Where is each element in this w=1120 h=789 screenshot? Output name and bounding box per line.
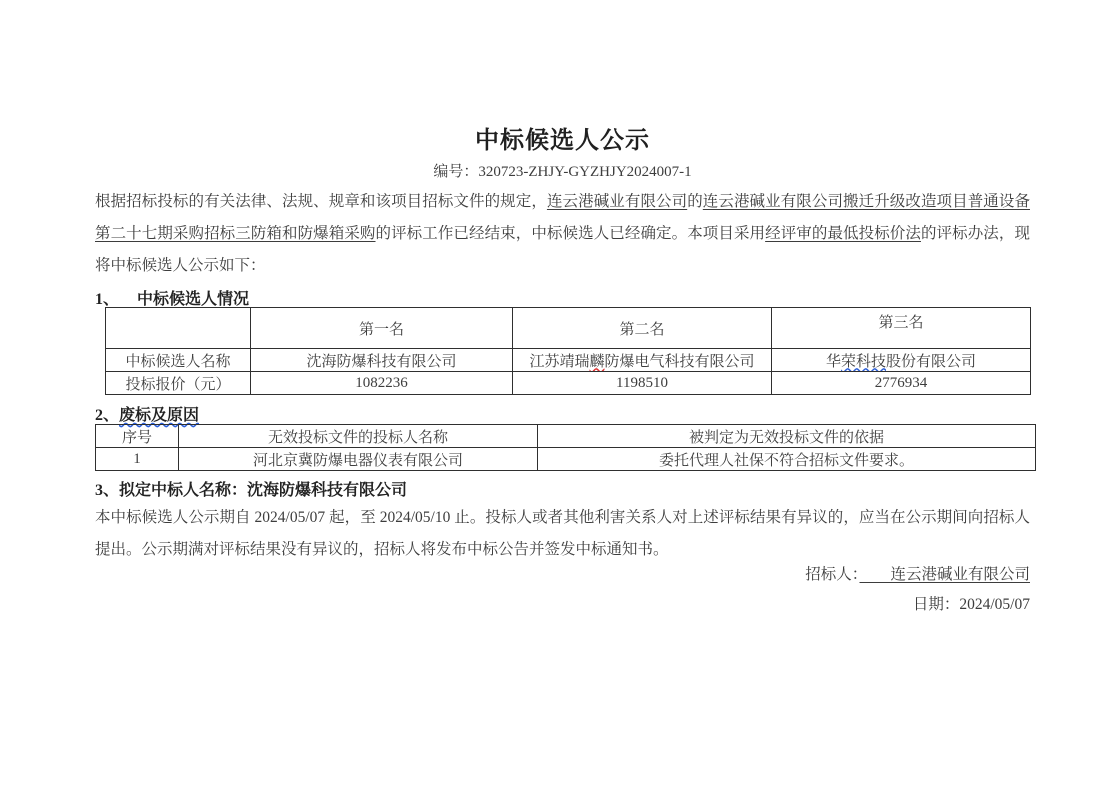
candidate-second-name: 江苏靖瑞麟防爆电气科技有限公司: [513, 349, 772, 372]
rejected-bids-table: 序号 无效投标文件的投标人名称 被判定为无效投标文件的依据 1 河北京冀防爆电器…: [95, 424, 1036, 471]
section3-number: 3、: [95, 482, 119, 499]
candidate-first-name: 沈海防爆科技有限公司: [251, 349, 513, 372]
rejected-bids-header-row: 序号 无效投标文件的投标人名称 被判定为无效投标文件的依据: [96, 425, 1036, 448]
candidates-col-third: 第三名: [772, 308, 1031, 349]
date-value: 2024/05/07: [959, 596, 1030, 613]
rejected-col-seq: 序号: [96, 425, 179, 448]
candidate-third-pre: 华: [826, 354, 841, 370]
closing-paragraph: 本中标候选人公示期自 2024/05/07 起，至 2024/05/10 止。投…: [95, 502, 1030, 566]
rejected-col-basis: 被判定为无效投标文件的依据: [538, 425, 1036, 448]
rejected-bidder-value: 河北京冀防爆电器仪表有限公司: [179, 448, 538, 471]
candidates-table: 第一名 第二名 第三名 中标候选人名称 沈海防爆科技有限公司 江苏靖瑞麟防爆电气…: [105, 307, 1031, 395]
rejected-bid-row: 1 河北京冀防爆电器仪表有限公司 委托代理人社保不符合招标文件要求。: [96, 448, 1036, 471]
section3-heading: 3、拟定中标人名称：沈海防爆科技有限公司: [95, 477, 407, 500]
doc-number: 编号：320723-ZHJY-GYZHJY2024007-1: [95, 160, 1030, 181]
rejected-col-bidder: 无效投标文件的投标人名称: [179, 425, 538, 448]
bid-price-third: 2776934: [772, 372, 1031, 395]
section1-heading-text: 中标候选人情况: [137, 291, 249, 308]
candidates-price-row: 投标报价（元） 1082236 1198510 2776934: [106, 372, 1031, 395]
bid-price-label: 投标报价（元）: [106, 372, 251, 395]
intro-paragraph: 根据招标投标的有关法律、法规、规章和该项目招标文件的规定，连云港碱业有限公司的连…: [95, 186, 1030, 282]
candidate-second-post: 防爆电气科技有限公司: [605, 354, 755, 370]
tenderer-name: 连云港碱业有限公司: [859, 566, 1030, 583]
section2-number: 2、: [95, 407, 119, 424]
tenderer-label: 招标人：: [805, 566, 859, 583]
candidates-corner-cell: [106, 308, 251, 349]
bid-price-second: 1198510: [513, 372, 772, 395]
intro-seg1: 根据招标投标的有关法律、法规、规章和该项目招标文件的规定，: [95, 193, 547, 210]
candidate-second-pre: 江苏靖瑞: [529, 354, 589, 370]
section3-heading-text: 拟定中标人名称：沈海防爆科技有限公司: [119, 482, 407, 499]
document-page: 中标候选人公示 编号：320723-ZHJY-GYZHJY2024007-1 根…: [95, 0, 1030, 789]
intro-method-underlined: 经评审的最低投标价法: [765, 225, 921, 242]
intro-seg3: 的: [687, 193, 703, 210]
rejected-basis-value: 委托代理人社保不符合招标文件要求。: [538, 448, 1036, 471]
candidates-col-first: 第一名: [251, 308, 513, 349]
section2-heading: 2、废标及原因: [95, 402, 199, 425]
section2-heading-text: 废标及原因: [119, 407, 199, 424]
candidate-third-grammarcheck: 荣科技: [841, 354, 886, 370]
section1-number: 1、: [95, 291, 119, 308]
candidates-name-row: 中标候选人名称 沈海防爆科技有限公司 江苏靖瑞麟防爆电气科技有限公司 华荣科技股…: [106, 349, 1031, 372]
intro-tenderer-underlined: 连云港碱业有限公司: [547, 193, 687, 210]
section1-heading: 1、中标候选人情况: [95, 286, 249, 309]
page-title: 中标候选人公示: [95, 120, 1030, 155]
candidate-third-post: 股份有限公司: [886, 354, 976, 370]
date-label: 日期：: [913, 596, 960, 613]
rejected-seq-value: 1: [96, 448, 179, 471]
candidates-col-second: 第二名: [513, 308, 772, 349]
tenderer-signature-line: 招标人： 连云港碱业有限公司: [95, 562, 1030, 584]
candidate-name-label: 中标候选人名称: [106, 349, 251, 372]
bid-price-first: 1082236: [251, 372, 513, 395]
candidates-table-header-row: 第一名 第二名 第三名: [106, 308, 1031, 349]
candidate-third-name: 华荣科技股份有限公司: [772, 349, 1031, 372]
intro-seg5: 的评标工作已经结束，中标候选人已经确定。本项目采用: [376, 225, 766, 242]
candidate-second-spellcheck: 麟: [589, 354, 604, 370]
date-line: 日期：2024/05/07: [95, 592, 1030, 614]
